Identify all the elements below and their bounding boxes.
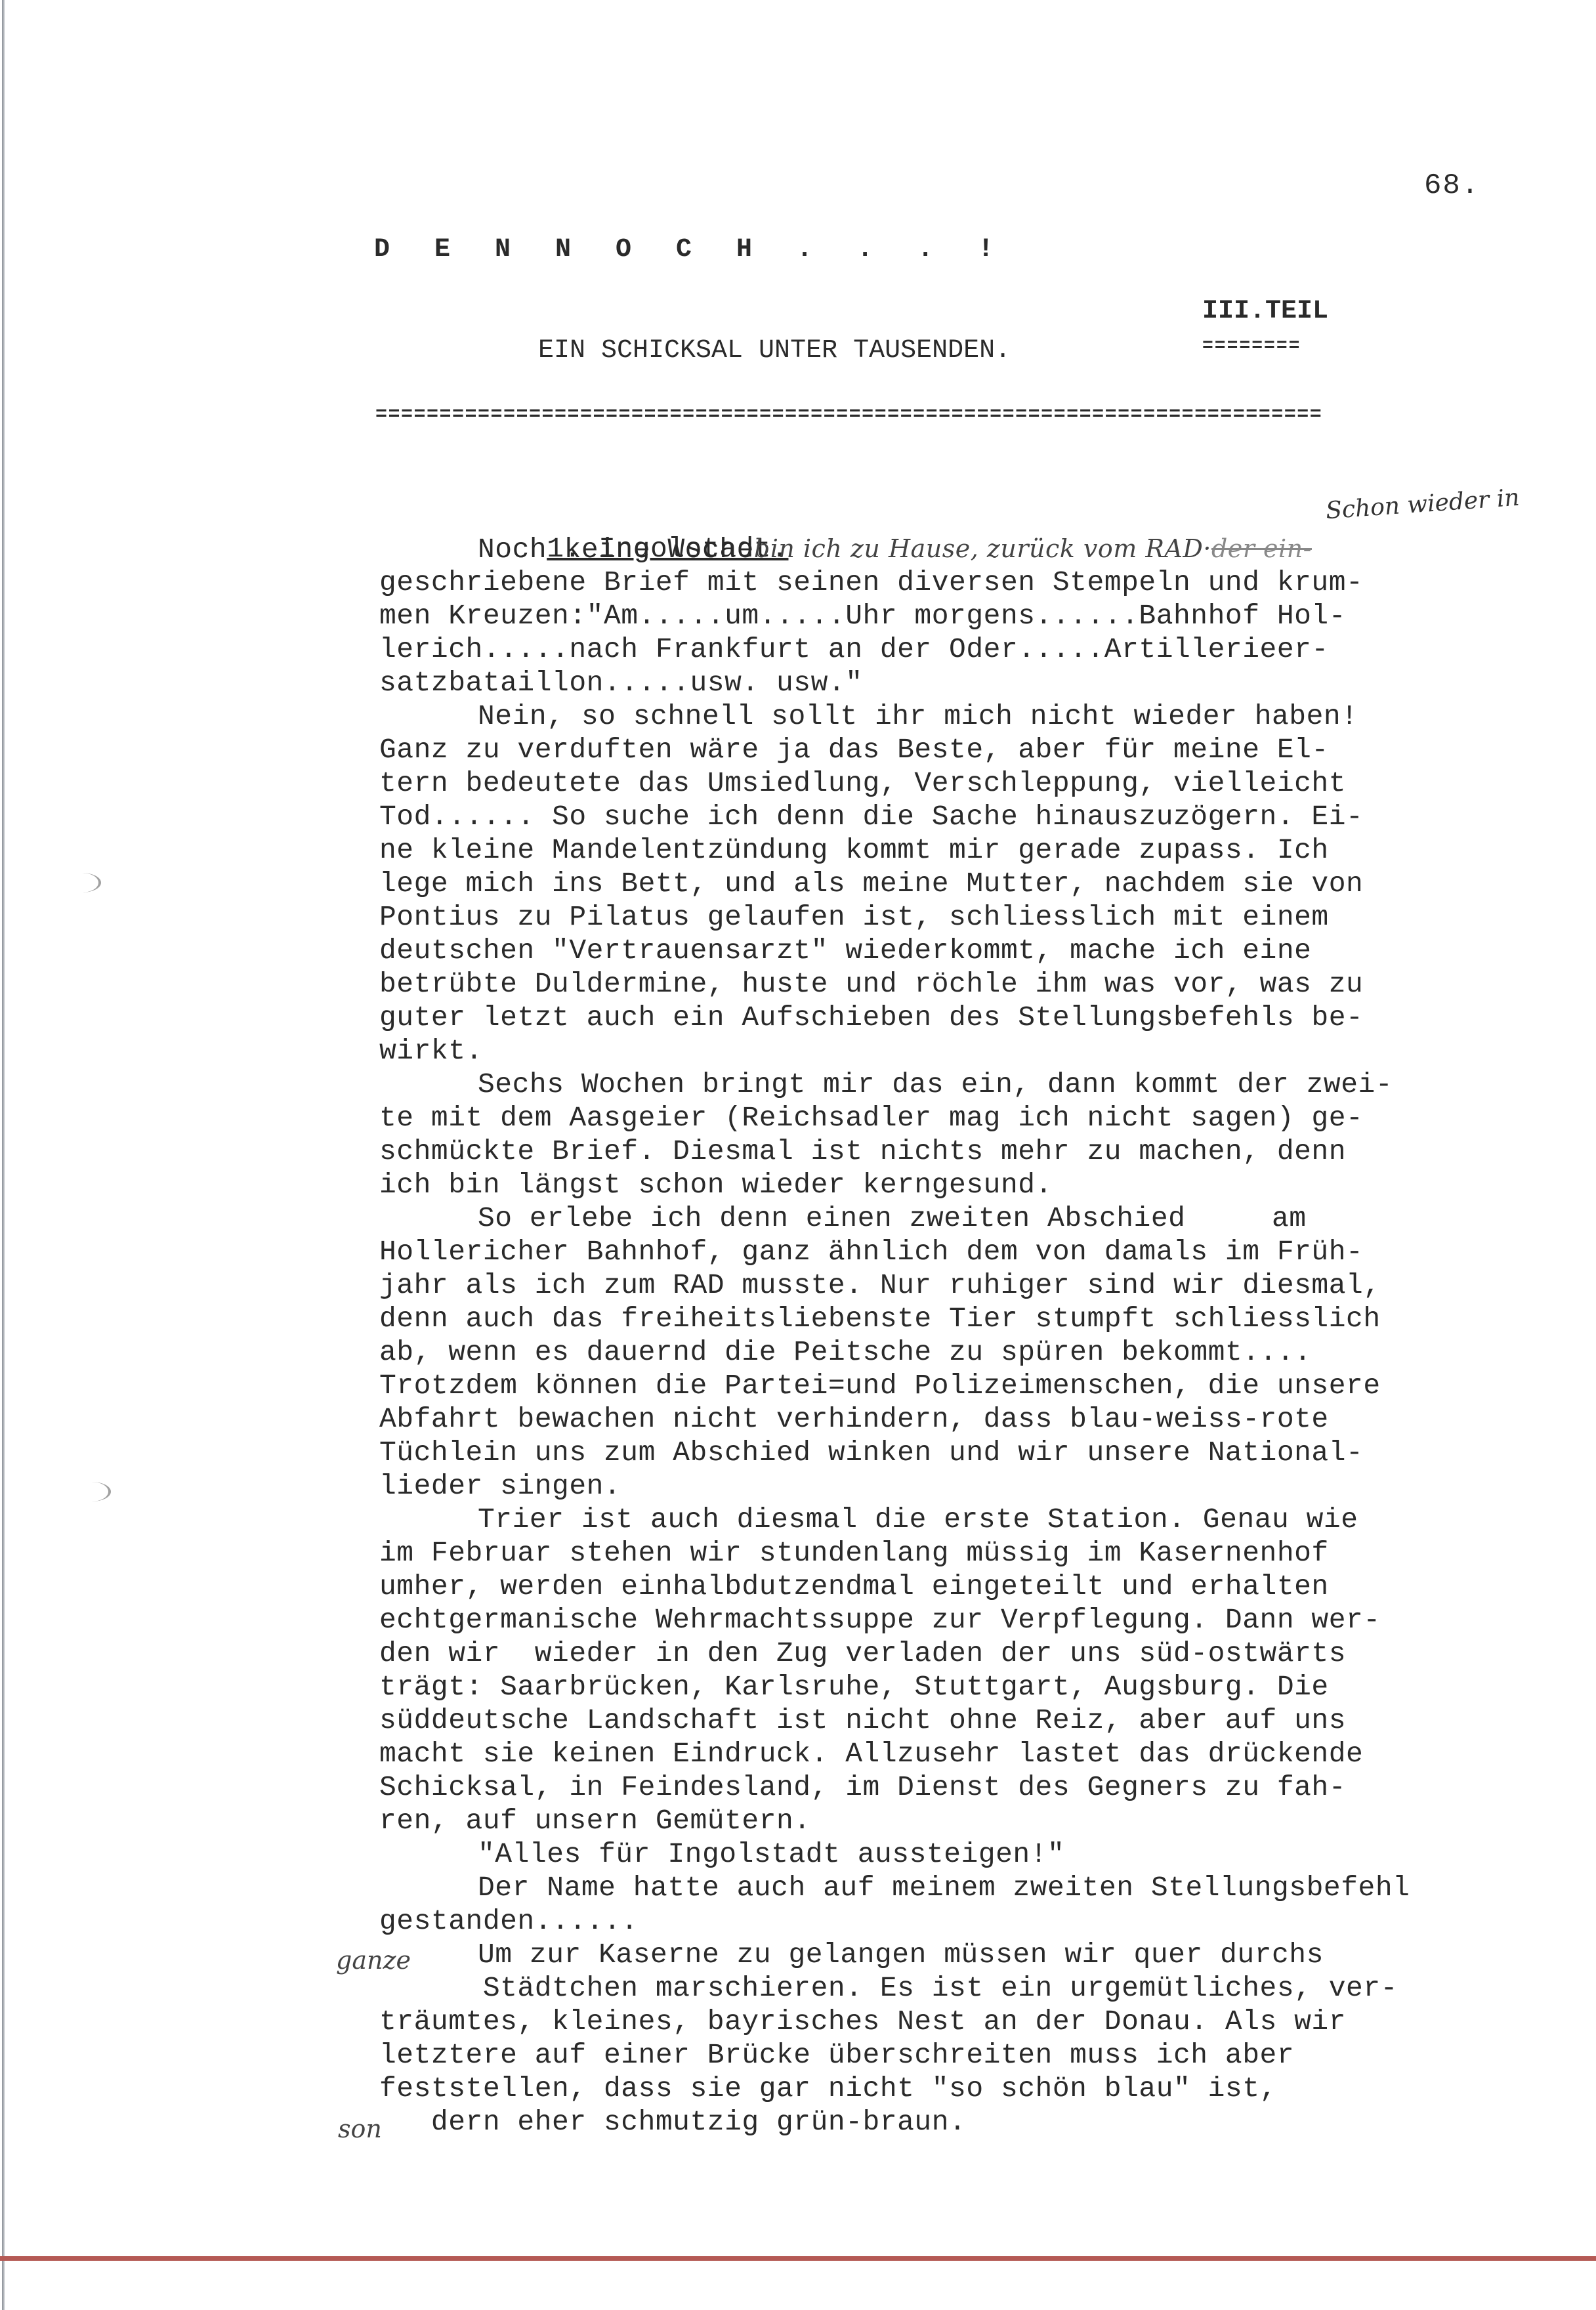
text-line-content: Pontius zu Pilatus gelaufen ist, schlies… [379, 901, 1329, 933]
text-line: Abfahrt bewachen nicht verhindern, dass … [379, 1402, 1596, 1436]
text-line: Ganz zu verduften wäre ja das Beste, abe… [379, 733, 1596, 766]
text-line-content: Hollericher Bahnhof, ganz ähnlich dem vo… [379, 1236, 1363, 1268]
page-number: 68. [1424, 169, 1480, 202]
text-line: ren, auf unsern Gemütern. [379, 1804, 1596, 1837]
text-line-content: Trotzdem können die Partei=und Polizeime… [379, 1370, 1381, 1402]
part-label: III.TEIL [1202, 297, 1328, 326]
text-line-content: satzbataillon.....usw. usw." [379, 667, 863, 699]
text-line: Der Name hatte auch auf meinem zweiten S… [379, 1871, 1596, 1904]
text-line: den wir wieder in den Zug verladen der u… [379, 1637, 1596, 1670]
text-line-content: Noch keine Woche [478, 534, 754, 566]
text-line-content: macht sie keinen Eindruck. Allzusehr las… [379, 1738, 1363, 1770]
punch-hole-top [62, 873, 101, 892]
text-line: Noch keine Wochebin ich zu Hause, zurück… [379, 532, 1596, 566]
text-line-content: men Kreuzen:"Am.....um.....Uhr morgens..… [379, 600, 1346, 632]
text-line: So erlebe ich denn einen zweiten Abschie… [379, 1202, 1596, 1235]
text-line-content: geschriebene Brief mit seinen diversen S… [379, 566, 1363, 598]
text-line-content: "Alles für Ingolstadt aussteigen!" [478, 1838, 1064, 1870]
text-line: Trotzdem können die Partei=und Polizeime… [379, 1369, 1596, 1402]
text-line: Schicksal, in Feindesland, im Dienst des… [379, 1771, 1596, 1804]
text-line-content: lieder singen. [379, 1470, 621, 1502]
text-line-content: umher, werden einhalbdutzendmal eingetei… [379, 1570, 1329, 1603]
text-line-content: lege mich ins Bett, und als meine Mutter… [379, 868, 1363, 900]
text-line: echtgermanische Wehrmachtssuppe zur Verp… [379, 1603, 1596, 1637]
text-line-content: Abfahrt bewachen nicht verhindern, dass … [379, 1403, 1329, 1435]
text-line-content: deutschen "Vertrauensarzt" wiederkommt, … [379, 934, 1311, 967]
text-line-content: denn auch das freiheitsliebenste Tier st… [379, 1303, 1381, 1335]
document-body: 1. Ingolstadt. Noch keine Wochebin ich z… [379, 499, 1596, 2139]
text-line: trägt: Saarbrücken, Karlsruhe, Stuttgart… [379, 1670, 1596, 1704]
text-line-content: süddeutsche Landschaft ist nicht ohne Re… [379, 1704, 1346, 1736]
text-line: men Kreuzen:"Am.....um.....Uhr morgens..… [379, 599, 1596, 633]
text-line: Tod...... So suche ich denn die Sache hi… [379, 800, 1596, 833]
text-line-content: te mit dem Aasgeier (Reichsadler mag ich… [379, 1102, 1363, 1134]
text-line: betrübte Duldermine, huste und röchle ih… [379, 967, 1596, 1001]
text-line: ne kleine Mandelentzündung kommt mir ger… [379, 833, 1596, 867]
handwritten-margin-note-ganze: ganze [336, 1946, 411, 1975]
text-line: Hollericher Bahnhof, ganz ähnlich dem vo… [379, 1235, 1596, 1269]
text-line: wirkt. [379, 1034, 1596, 1068]
section-heading-line: 1. Ingolstadt. [379, 499, 1596, 532]
text-line-content: guter letzt auch ein Aufschieben des Ste… [379, 1001, 1363, 1034]
text-line-content: lerich.....nach Frankfurt an der Oder...… [379, 633, 1329, 665]
text-line: lerich.....nach Frankfurt an der Oder...… [379, 633, 1596, 666]
text-line: schmückte Brief. Diesmal ist nichts mehr… [379, 1135, 1596, 1168]
text-line-content: jahr als ich zum RAD musste. Nur ruhiger… [379, 1269, 1381, 1301]
text-line: Tüchlein uns zum Abschied winken und wir… [379, 1436, 1596, 1469]
text-line-content: im Februar stehen wir stundenlang müssig… [379, 1537, 1329, 1569]
text-line: lieder singen. [379, 1469, 1596, 1503]
text-line-content: Ganz zu verduften wäre ja das Beste, abe… [379, 734, 1329, 766]
bottom-red-rule [0, 2256, 1596, 2261]
text-line-content: Trier ist auch diesmal die erste Station… [478, 1503, 1358, 1536]
text-line-content: dern eher schmutzig grün-braun. [379, 2106, 966, 2138]
punch-hole-bottom [72, 1482, 111, 1501]
text-line-content: ne kleine Mandelentzündung kommt mir ger… [379, 834, 1329, 866]
text-line: lege mich ins Bett, und als meine Mutter… [379, 867, 1596, 900]
text-line: denn auch das freiheitsliebenste Tier st… [379, 1302, 1596, 1335]
text-line: satzbataillon.....usw. usw." [379, 666, 1596, 700]
text-line-content: ich bin längst schon wieder kerngesund. [379, 1169, 1053, 1201]
text-line-content: ren, auf unsern Gemütern. [379, 1805, 811, 1837]
text-line: Pontius zu Pilatus gelaufen ist, schlies… [379, 900, 1596, 934]
text-line-content: den wir wieder in den Zug verladen der u… [379, 1637, 1346, 1669]
text-line-content: feststellen, dass sie gar nicht "so schö… [379, 2072, 1277, 2105]
text-line: Städtchen marschieren. Es ist ein urgemü… [379, 1971, 1596, 2005]
text-line-content: Städtchen marschieren. Es ist ein urgemü… [379, 1972, 1398, 2004]
text-line: Nein, so schnell sollt ihr mich nicht wi… [379, 700, 1596, 733]
text-line: süddeutsche Landschaft ist nicht ohne Re… [379, 1704, 1596, 1737]
text-line: dern eher schmutzig grün-braun. [379, 2105, 1596, 2139]
text-line-content: ab, wenn es dauernd die Peitsche zu spür… [379, 1336, 1311, 1368]
text-line: Sechs Wochen bringt mir das ein, dann ko… [379, 1068, 1596, 1101]
document-subtitle: EIN SCHICKSAL UNTER TAUSENDEN. [538, 336, 1011, 366]
text-line: geschriebene Brief mit seinen diversen S… [379, 566, 1596, 599]
text-line-content: Schicksal, in Feindesland, im Dienst des… [379, 1771, 1346, 1803]
text-line-content: betrübte Duldermine, huste und röchle ih… [379, 968, 1363, 1000]
text-line: te mit dem Aasgeier (Reichsadler mag ich… [379, 1101, 1596, 1135]
text-line-content: tern bedeutete das Umsiedlung, Verschlep… [379, 767, 1346, 799]
document-title: D E N N O C H . . . ! [374, 235, 1008, 264]
text-line: deutschen "Vertrauensarzt" wiederkommt, … [379, 934, 1596, 967]
text-line-content: Nein, so schnell sollt ihr mich nicht wi… [478, 700, 1358, 732]
text-line-content: gestanden...... [379, 1905, 639, 1937]
text-line: Um zur Kaserne zu gelangen müssen wir qu… [379, 1938, 1596, 1971]
text-line-content: Der Name hatte auch auf meinem zweiten S… [478, 1872, 1410, 1904]
struck-text: der ein- [1211, 534, 1312, 563]
text-line: gestanden...... [379, 1904, 1596, 1938]
text-line: "Alles für Ingolstadt aussteigen!" [379, 1837, 1596, 1871]
text-line: umher, werden einhalbdutzendmal eingetei… [379, 1570, 1596, 1603]
text-line: Trier ist auch diesmal die erste Station… [379, 1503, 1596, 1536]
text-line: träumtes, kleines, bayrisches Nest an de… [379, 2005, 1596, 2038]
text-line-content: trägt: Saarbrücken, Karlsruhe, Stuttgart… [379, 1671, 1329, 1703]
text-line: im Februar stehen wir stundenlang müssig… [379, 1536, 1596, 1570]
part-underline: ======== [1202, 336, 1301, 356]
text-line: letztere auf einer Brücke überschreiten … [379, 2038, 1596, 2072]
page-left-edge [2, 0, 5, 2310]
text-line-content: letztere auf einer Brücke überschreiten … [379, 2039, 1294, 2071]
handwritten-margin-note-sondern: son [338, 2114, 382, 2143]
text-line-content: So erlebe ich denn einen zweiten Abschie… [478, 1202, 1307, 1234]
text-line-content: Um zur Kaserne zu gelangen müssen wir qu… [478, 1939, 1324, 1971]
text-line: ich bin längst schon wieder kerngesund. [379, 1168, 1596, 1202]
text-line: jahr als ich zum RAD musste. Nur ruhiger… [379, 1269, 1596, 1302]
text-line-content: wirkt. [379, 1035, 483, 1067]
text-line-content: Tod...... So suche ich denn die Sache hi… [379, 801, 1363, 833]
text-line: feststellen, dass sie gar nicht "so schö… [379, 2072, 1596, 2105]
text-line: tern bedeutete das Umsiedlung, Verschlep… [379, 766, 1596, 800]
text-line-content: Tüchlein uns zum Abschied winken und wir… [379, 1437, 1363, 1469]
text-line-content: Sechs Wochen bringt mir das ein, dann ko… [478, 1068, 1393, 1101]
text-line: ab, wenn es dauernd die Peitsche zu spür… [379, 1335, 1596, 1369]
title-divider: ========================================… [375, 404, 1322, 426]
text-line-content: schmückte Brief. Diesmal ist nichts mehr… [379, 1135, 1346, 1167]
handwritten-insertion: bin ich zu Hause, zurück vom RAD· [754, 534, 1211, 563]
text-line-content: echtgermanische Wehrmachtssuppe zur Verp… [379, 1604, 1381, 1636]
text-line-content: träumtes, kleines, bayrisches Nest an de… [379, 2005, 1346, 2038]
text-line: guter letzt auch ein Aufschieben des Ste… [379, 1001, 1596, 1034]
text-line: macht sie keinen Eindruck. Allzusehr las… [379, 1737, 1596, 1771]
